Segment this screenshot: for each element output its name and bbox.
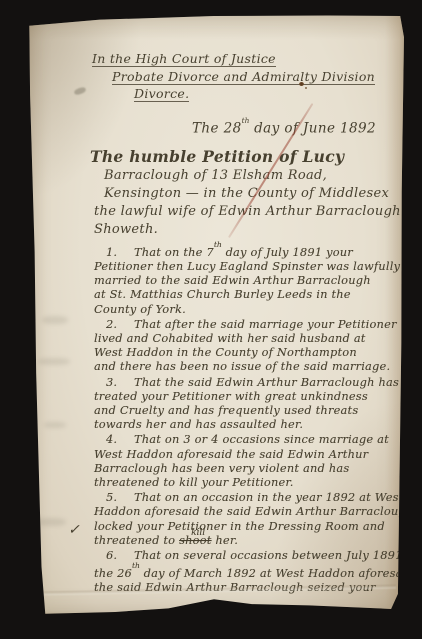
paragraph-number: 3. bbox=[94, 376, 134, 390]
inserted-word: kill bbox=[191, 526, 205, 540]
body-line: West Haddon aforesaid the said Edwin Art… bbox=[94, 448, 396, 462]
court-name-line: In the High Court of Justice bbox=[92, 50, 396, 68]
body-line: 4.That on 3 or 4 occasions since marriag… bbox=[94, 433, 396, 447]
paragraph-number: 4. bbox=[94, 433, 134, 447]
paragraph-number: 6. bbox=[94, 549, 134, 563]
text-segment: married to the said Edwin Arthur Barracl… bbox=[94, 274, 371, 287]
text-segment: Barraclough has been very violent and ha… bbox=[94, 462, 349, 475]
body-line: the 26th day of March 1892 at West Haddo… bbox=[94, 563, 396, 581]
body-line: Petitioner then Lucy Eagland Spinster wa… bbox=[94, 260, 396, 274]
text-segment: West Haddon aforesaid the said Edwin Art… bbox=[94, 448, 368, 461]
text-segment: day of March 1892 at West Haddon aforesa… bbox=[140, 567, 414, 580]
body-line: lived and Cohabited with her said husban… bbox=[94, 332, 396, 346]
petition-line: Showeth. bbox=[94, 221, 396, 239]
text-segment: County of York. bbox=[94, 303, 186, 316]
paragraph: 3.That the said Edwin Arthur Barraclough… bbox=[94, 376, 396, 433]
text-segment: That on 3 or 4 occasions since marriage … bbox=[134, 433, 389, 446]
text-segment: That on an occasion in the year 1892 at … bbox=[134, 491, 404, 504]
body-line: threatened to killshoot her. bbox=[94, 534, 396, 548]
text-segment: That on several occasions between July 1… bbox=[134, 549, 422, 562]
text-segment: threatened to bbox=[94, 534, 179, 547]
text-segment: Petitioner then Lucy Eagland Spinster wa… bbox=[94, 260, 400, 273]
corrected-word: killshoot bbox=[179, 534, 211, 547]
show-through-mark bbox=[44, 422, 66, 428]
text-segment: and there has been no issue of the said … bbox=[94, 360, 390, 373]
date-text: day of June 1892 bbox=[249, 120, 376, 136]
text-segment: threatened to kill your Petitioner. bbox=[94, 476, 294, 489]
body-line: towards her and has assaulted her. bbox=[94, 418, 396, 432]
court-header: In the High Court of Justice Probate Div… bbox=[64, 50, 396, 103]
body-line: treated your Petitioner with great unkin… bbox=[94, 390, 396, 404]
body-line: West Haddon in the County of Northampton bbox=[94, 346, 396, 360]
date-text: The 28 bbox=[192, 120, 242, 136]
date-line: The 28th day of June 1892 bbox=[192, 115, 396, 139]
case-type-line: Divorce. bbox=[134, 85, 396, 103]
margin-check-mark: ✓ bbox=[68, 522, 80, 538]
paragraph: 1.That on the 7th day of July 1891 yourP… bbox=[94, 242, 396, 317]
body-line: threatened to kill your Petitioner. bbox=[94, 476, 396, 490]
paragraph: 5.That on an occasion in the year 1892 a… bbox=[94, 491, 396, 548]
paragraph-number: 1. bbox=[94, 246, 134, 260]
text-segment: lived and Cohabited with her said husban… bbox=[94, 332, 366, 345]
body-line: married to the said Edwin Arthur Barracl… bbox=[94, 274, 396, 288]
paragraph-number: 5. bbox=[94, 491, 134, 505]
court-name: In the High Court of Justice bbox=[92, 51, 276, 67]
text-segment: at St. Matthias Church Burley Leeds in t… bbox=[94, 288, 351, 301]
text-segment: day of July 1891 your bbox=[222, 246, 353, 259]
body-line: County of York. bbox=[94, 303, 396, 317]
body-line: 5.That on an occasion in the year 1892 a… bbox=[94, 491, 396, 505]
body-line: and there has been no issue of the said … bbox=[94, 360, 396, 374]
ink-blot bbox=[305, 87, 307, 89]
body-line: 2.That after the said marriage your Peti… bbox=[94, 318, 396, 332]
document-page: In the High Court of Justice Probate Div… bbox=[24, 10, 404, 615]
petition-line: The humble Petition of Lucy bbox=[90, 146, 396, 167]
text-segment: treated your Petitioner with great unkin… bbox=[94, 390, 368, 403]
text-segment: West Haddon in the County of Northampton bbox=[94, 346, 357, 359]
ordinal-suffix: th bbox=[214, 240, 222, 249]
body-line: Haddon aforesaid the said Edwin Arthur B… bbox=[94, 505, 396, 519]
text-segment: her. bbox=[212, 534, 239, 547]
text-segment: That on the 7 bbox=[134, 246, 214, 259]
body-line: Barraclough has been very violent and ha… bbox=[94, 462, 396, 476]
document-content: In the High Court of Justice Probate Div… bbox=[64, 42, 396, 596]
division-name: Probate Divorce and Admiralty Division bbox=[112, 69, 375, 85]
petition-line: Barraclough of 13 Elsham Road, bbox=[104, 167, 396, 185]
ordinal-suffix: th bbox=[242, 116, 250, 125]
body-line: 1.That on the 7th day of July 1891 your bbox=[94, 242, 396, 260]
paragraph-number: 2. bbox=[94, 318, 134, 332]
body-line: and Cruelty and has frequently used thre… bbox=[94, 404, 396, 418]
ordinal-suffix: th bbox=[132, 561, 140, 570]
case-type: Divorce. bbox=[134, 86, 189, 102]
text-segment: towards her and has assaulted her. bbox=[94, 418, 303, 431]
text-segment: That the said Edwin Arthur Barraclough h… bbox=[134, 376, 399, 389]
division-line: Probate Divorce and Admiralty Division bbox=[112, 68, 396, 86]
text-segment: That after the said marriage your Petiti… bbox=[134, 318, 397, 331]
text-segment: the 26 bbox=[94, 567, 132, 580]
body-line: at St. Matthias Church Burley Leeds in t… bbox=[94, 288, 396, 302]
text-segment: locked your Petitioner in the Dressing R… bbox=[94, 520, 385, 533]
ink-blot bbox=[299, 82, 304, 86]
paragraph: 4.That on 3 or 4 occasions since marriag… bbox=[94, 433, 396, 490]
text-segment: Haddon aforesaid the said Edwin Arthur B… bbox=[94, 505, 413, 518]
show-through-mark bbox=[36, 518, 66, 526]
paragraph: 2.That after the said marriage your Peti… bbox=[94, 318, 396, 375]
body-line: locked your Petitioner in the Dressing R… bbox=[94, 520, 396, 534]
body-line: 3.That the said Edwin Arthur Barraclough… bbox=[94, 376, 396, 390]
paragraphs: 1.That on the 7th day of July 1891 yourP… bbox=[94, 242, 396, 595]
petition-preamble: The humble Petition of LucyBarraclough o… bbox=[64, 146, 396, 239]
text-segment: and Cruelty and has frequently used thre… bbox=[94, 404, 358, 417]
